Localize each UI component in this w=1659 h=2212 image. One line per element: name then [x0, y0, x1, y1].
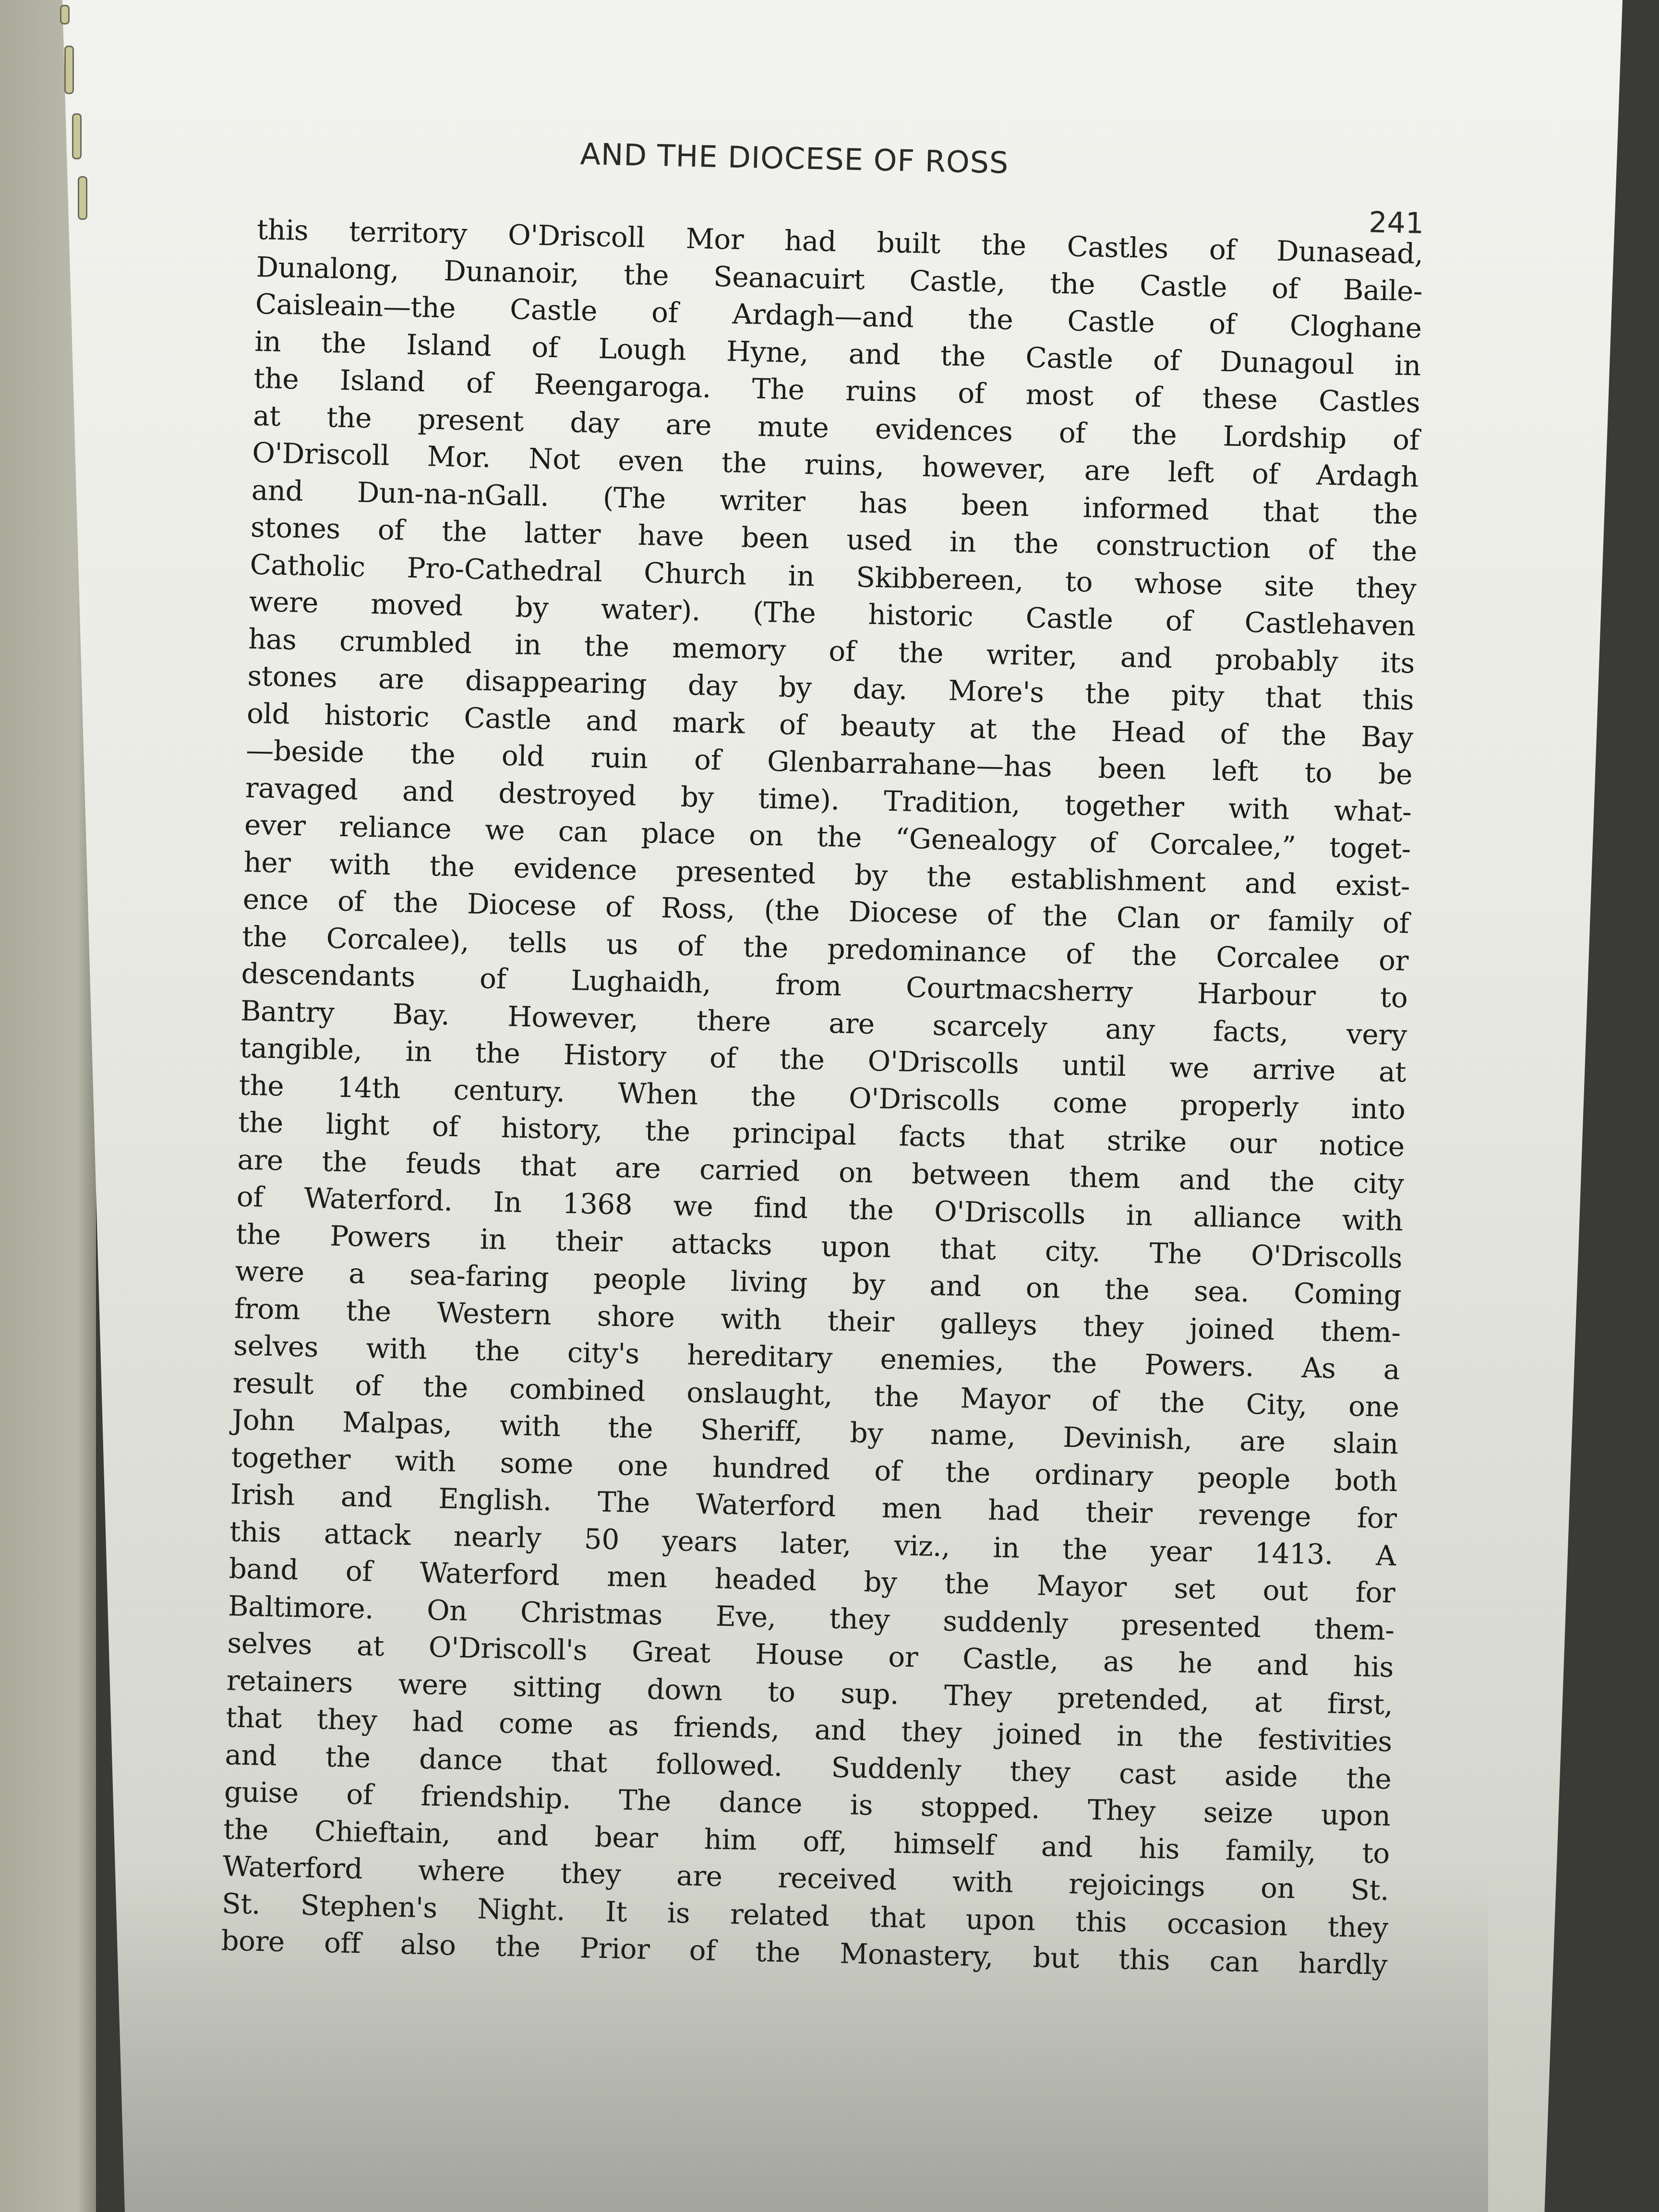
- page-number: 241: [1369, 205, 1424, 240]
- body-text: this territory O'Driscoll Mor had built …: [221, 211, 1424, 1984]
- stitch: [78, 176, 87, 220]
- running-title: AND THE DIOCESE OF ROSS: [580, 136, 1009, 180]
- page-content: AND THE DIOCESE OF ROSS 241 this territo…: [221, 120, 1426, 1984]
- stitch: [72, 113, 82, 159]
- binding-stitches: [58, 0, 86, 2212]
- stitch: [64, 46, 74, 94]
- stitch: [60, 5, 70, 24]
